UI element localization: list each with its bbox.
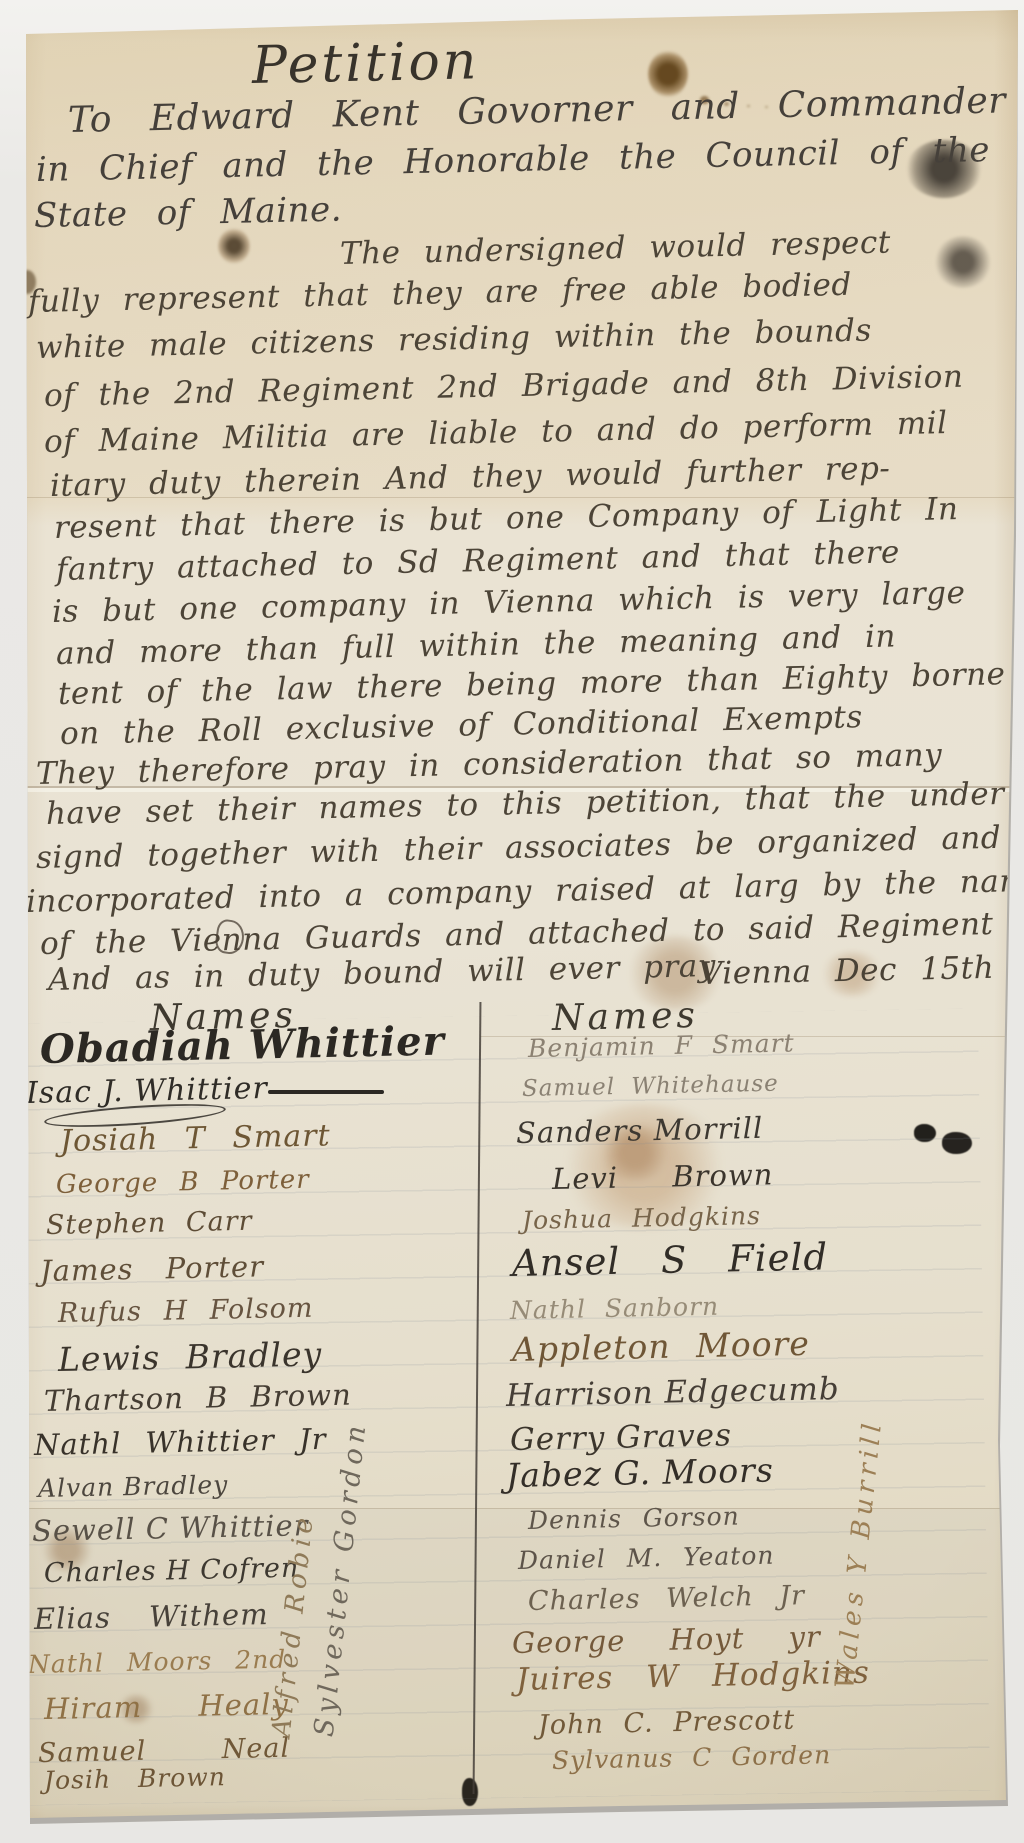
signature-right-3: Sanders Morrill bbox=[516, 1111, 764, 1150]
signature-left-12: Sewell C Whittier bbox=[32, 1508, 309, 1548]
signature-left-14: Elias Withem bbox=[34, 1597, 269, 1636]
signature-right-9: Harrison Edgecumb bbox=[506, 1371, 840, 1414]
petition-title: Petition bbox=[251, 31, 479, 96]
signature-right-8: Appleton Moore bbox=[512, 1324, 811, 1369]
signature-left-16: Hiram Healy bbox=[44, 1687, 290, 1726]
ink-stain bbox=[218, 228, 250, 264]
salutation-line: State of Maine. bbox=[34, 190, 343, 236]
signature-right-2: Samuel Whitehause bbox=[522, 1071, 779, 1102]
signature-right-15: George Hoyt yr bbox=[512, 1620, 822, 1660]
body-line: The undersigned would respect bbox=[340, 224, 891, 272]
signature-left-1: Obadiah Whittier bbox=[40, 1018, 446, 1073]
signature-left-13: Charles H Cofren bbox=[44, 1553, 300, 1589]
signature-left-10: Nathl Whittier Jr bbox=[34, 1422, 327, 1462]
signature-left-6: James Porter bbox=[40, 1249, 265, 1288]
petition-sheet: Petition To Edward Kent Govorner and Com… bbox=[0, 0, 1024, 1843]
signature-right-7: Nathl Sanborn bbox=[510, 1292, 720, 1325]
signature-right-18: Sylvanus C Gorden bbox=[552, 1740, 832, 1775]
signature-left-11: Alvan Bradley bbox=[38, 1470, 229, 1503]
signature-right-12: Dennis Gorson bbox=[528, 1502, 740, 1535]
signature-left-4: George B Porter bbox=[56, 1165, 310, 1200]
date-line: Vienna Dec 15th 1837 bbox=[700, 948, 1024, 992]
signature-left-7: Rufus H Folsom bbox=[58, 1293, 314, 1329]
body-line: white male citizens residing within the … bbox=[36, 312, 873, 365]
salutation-line: in Chief and the Honorable the Council o… bbox=[36, 130, 991, 190]
signature-right-1: Benjamin F Smart bbox=[528, 1028, 795, 1063]
signature-left-3: Josiah T Smart bbox=[60, 1118, 331, 1159]
signature-right-14: Charles Welch Jr bbox=[528, 1580, 806, 1617]
signature-right-11: Jabez G. Moors bbox=[506, 1450, 775, 1495]
strike-dash bbox=[268, 1090, 384, 1094]
signature-right-17: John C. Prescott bbox=[538, 1705, 796, 1741]
signature-left-18: Josih Brown bbox=[44, 1762, 226, 1795]
signature-right-6: Ansel S Field bbox=[512, 1235, 829, 1285]
body-line: of the 2nd Regiment 2nd Brigade and 8th … bbox=[44, 359, 964, 414]
signature-right-5: Joshua Hodgkins bbox=[522, 1201, 761, 1235]
signature-right-13: Daniel M. Yeaton bbox=[518, 1541, 775, 1575]
body-line: fully represent that they are free able … bbox=[28, 267, 853, 320]
signature-right-4: Levi Brown bbox=[552, 1157, 774, 1196]
ink-smudge bbox=[934, 236, 992, 288]
signature-right-16: Juires W Hodgkins bbox=[516, 1655, 871, 1698]
signature-left-15: Nathl Moors 2nd bbox=[28, 1645, 287, 1679]
signature-left-8: Lewis Bradley bbox=[58, 1334, 323, 1379]
signature-left-5: Stephen Carr bbox=[46, 1206, 253, 1241]
